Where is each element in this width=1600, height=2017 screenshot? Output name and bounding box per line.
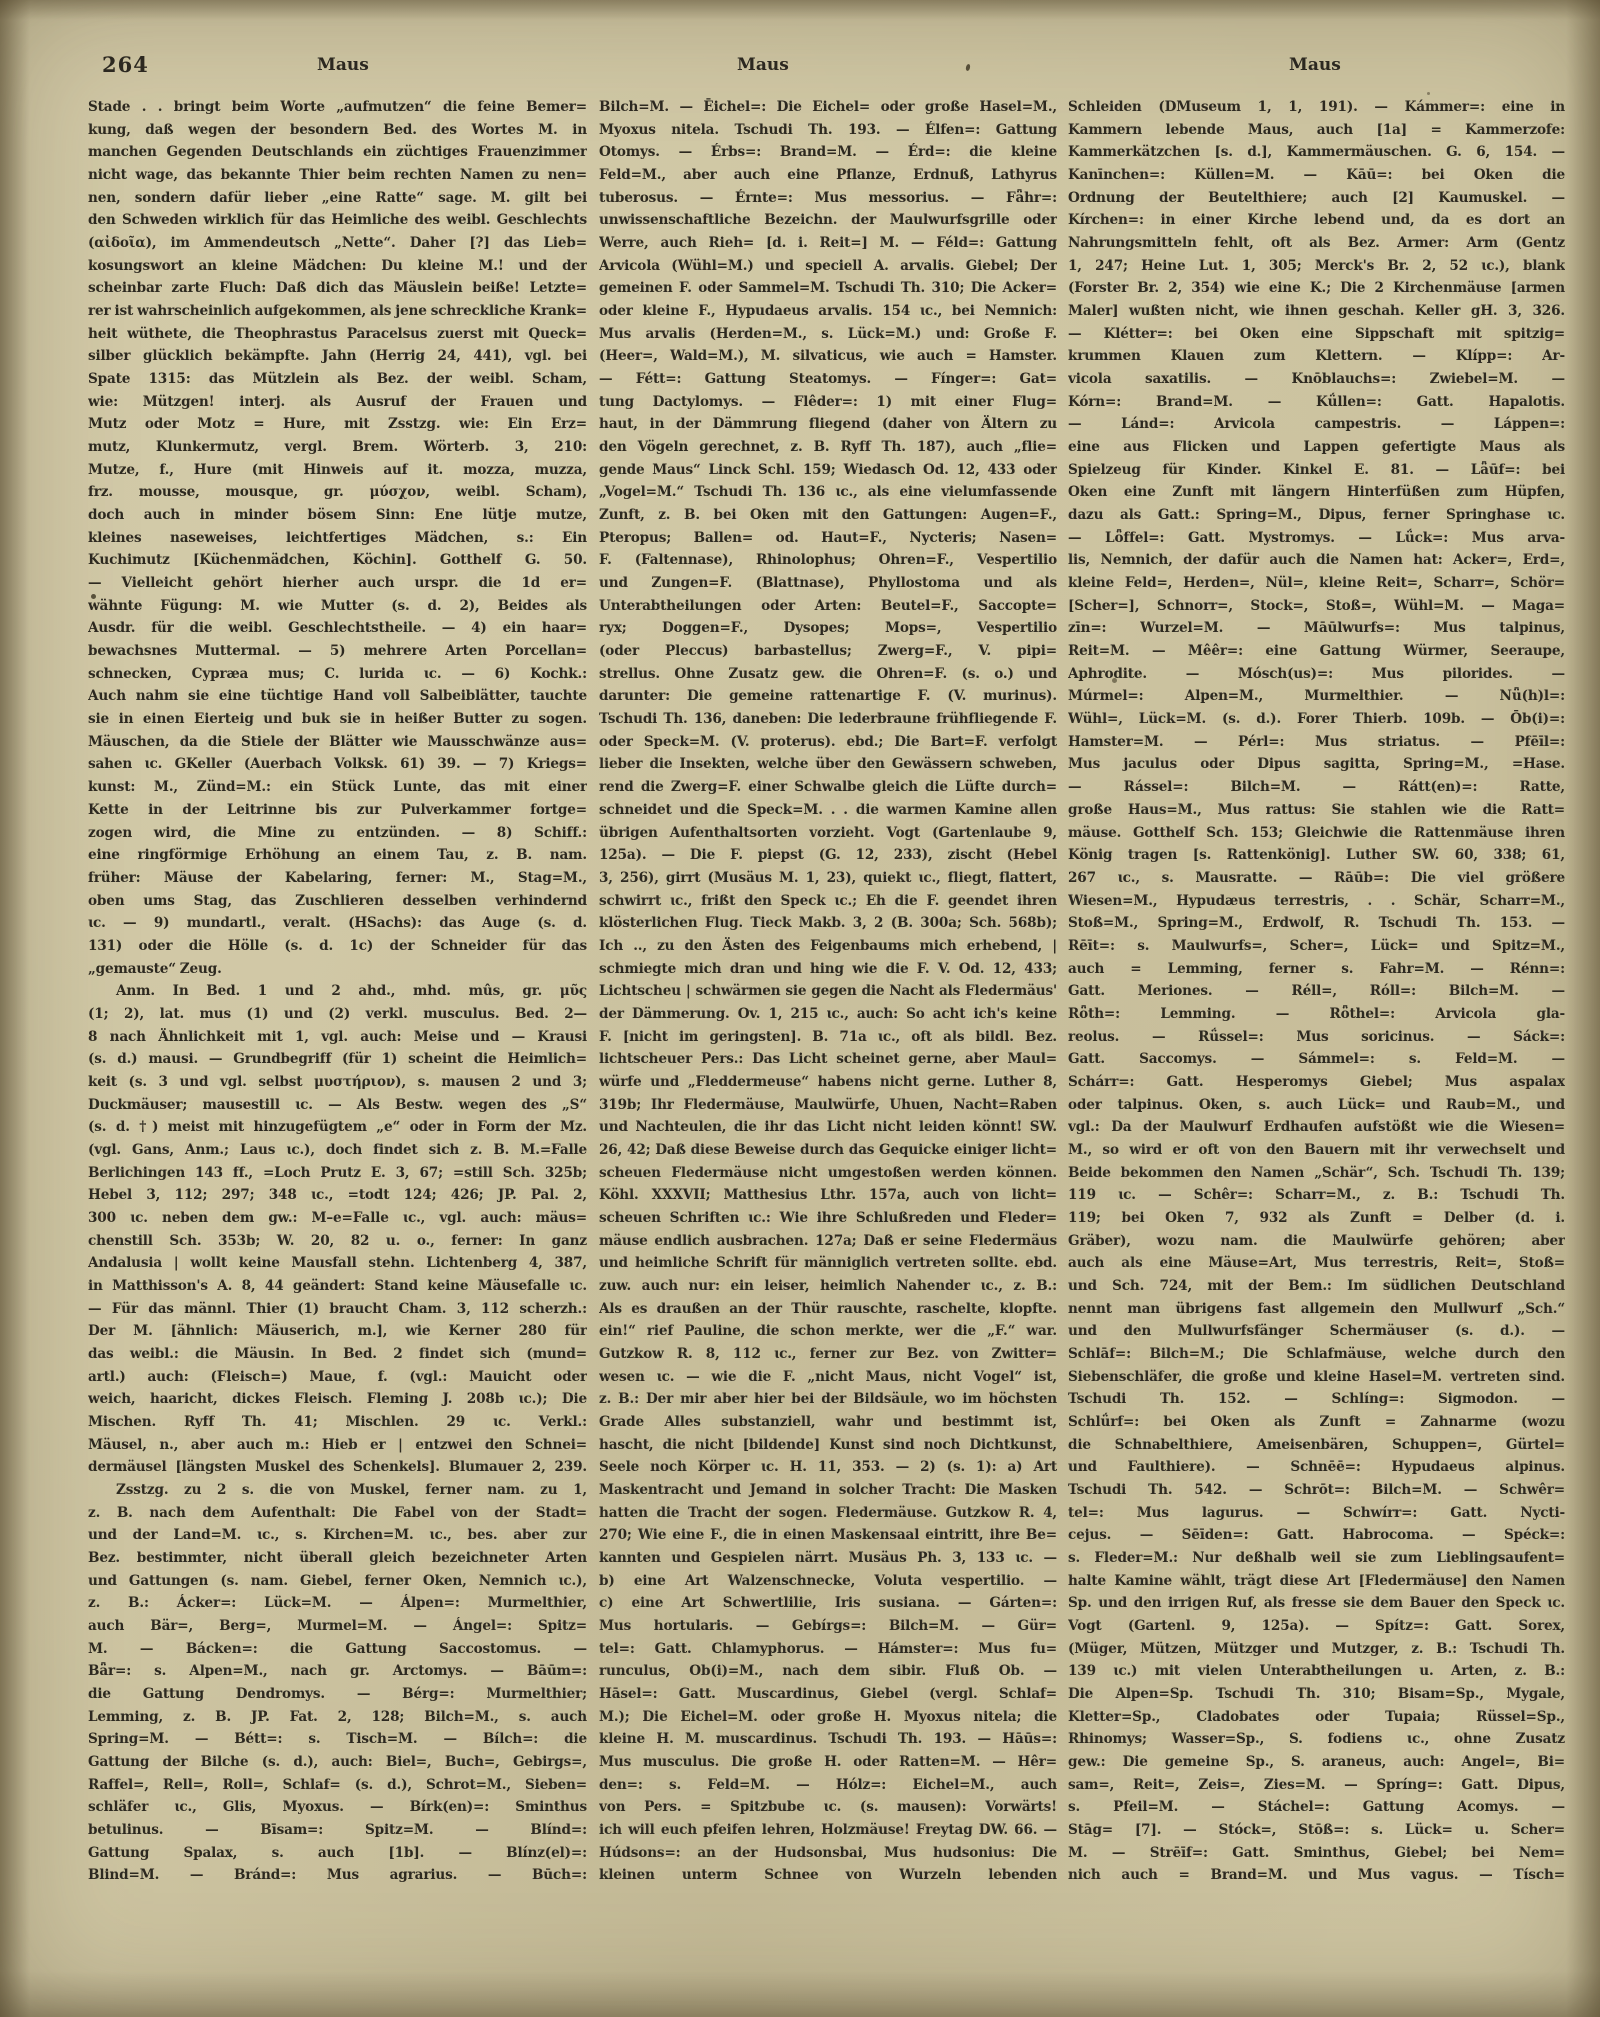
- text-line: hascht, die nicht [bildende] Kunst sind …: [599, 1434, 1057, 1457]
- text-line: ɩc. — 9) mundartl., veralt. (HSachs): da…: [88, 912, 587, 935]
- text-line: Gatt. Saccomys. — Sámmel=: s. Feld=M. —: [1068, 1048, 1565, 1071]
- text-line: Mäuschen, da die Stiele der Blätter wie …: [88, 731, 587, 754]
- ink-speck: [1427, 92, 1430, 95]
- text-line: sam=, Reit=, Zeis=, Zies=M. — Spríng=: G…: [1068, 1774, 1565, 1797]
- text-line: die Schnabelthiere, Ameisenbären, Schupp…: [1068, 1434, 1565, 1457]
- text-line: nicht wage, das bekannte Thier beim rech…: [88, 164, 587, 187]
- text-line: 119 ɩc. — Schêr=: Scharr=M., z. B.: Tsch…: [1068, 1184, 1565, 1207]
- text-line: Bǟr=: s. Alpen=M., nach gr. Arctomys. — …: [88, 1660, 587, 1683]
- text-line: Maskentracht und Jemand in solcher Trach…: [599, 1479, 1057, 1502]
- ink-speck: [965, 64, 971, 72]
- text-line: 26, 42; Daß diese Beweise durch das Gequ…: [599, 1139, 1057, 1162]
- text-line: Reit=M. — Mêêr=: eine Gattung Würmer, Se…: [1068, 640, 1565, 663]
- text-line: nich auch = Brand=M. und Mus vagus. — Tí…: [1068, 1864, 1565, 1887]
- text-line: Als es draußen an der Thür rauschte, ras…: [599, 1298, 1057, 1321]
- text-line: Mutze, f., Hure (mit Hinweis auf it. moz…: [88, 459, 587, 482]
- text-line: 300 ɩc. neben dem gw.: M–e=Falle ɩc., vg…: [88, 1207, 587, 1230]
- text-line: Zsstzg. zu 2 s. die von Muskel, ferner n…: [88, 1479, 587, 1502]
- text-line: F. (Faltennase), Rhinolophus; Ohren=F., …: [599, 549, 1057, 572]
- text-line: Wühl=, Lück=M. (s. d.). Forer Thierb. 10…: [1068, 708, 1565, 731]
- text-line: Nahrungsmitteln fehlt, oft als Bez. Arme…: [1068, 232, 1565, 255]
- text-line: Kuchimutz [Küchenmädchen, Köchin]. Gotth…: [88, 549, 587, 572]
- text-line: 319b; Ihr Fledermäuse, Maulwürfe, Uhuen,…: [599, 1094, 1057, 1117]
- text-line: (s. d.) mausi. — Grundbegriff (für 1) sc…: [88, 1048, 587, 1071]
- text-line: Tschudi Th. 136, daneben: Die lederbraun…: [599, 708, 1057, 731]
- text-line: kosungswort an kleine Mädchen: Du kleine…: [88, 255, 587, 278]
- text-line: lichtscheuer Pers.: Das Licht scheinet g…: [599, 1048, 1057, 1071]
- text-line: manchen Gegenden Deutschlands ein züchti…: [88, 141, 587, 164]
- text-line: Otomys. — Érbs=: Brand=M. — Érd=: die kl…: [599, 141, 1057, 164]
- running-head-col3: Maus: [1289, 55, 1341, 75]
- text-line: (Heer=, Wald=M.), M. silvaticus, wie auc…: [599, 345, 1057, 368]
- text-line: oder kleine F., Hypudaeus arvalis. 154 ɩ…: [599, 300, 1057, 323]
- text-line: von Pers. = Spitzbube ɩc. (s. mausen): V…: [599, 1796, 1057, 1819]
- text-line: vicola saxatilis. — Knōblauchs=: Zwiebel…: [1068, 368, 1565, 391]
- text-line: Hāsel=: Gatt. Muscardinus, Giebel (vergl…: [599, 1683, 1057, 1706]
- running-head-col2: Maus: [737, 55, 789, 75]
- text-line: kunst: M., Zünd=M.: ein Stück Lunte, das…: [88, 776, 587, 799]
- text-line: heit wüthete, die Theophrastus Paracelsu…: [88, 323, 587, 346]
- text-line: [Scher=], Schnorr=, Stock=, Stoß=, Wühl=…: [1068, 595, 1565, 618]
- text-line: Duckmäuser; mausestill ɩc. — Als Bestw. …: [88, 1094, 587, 1117]
- text-line: hatten die Tracht der sogen. Fledermäuse…: [599, 1502, 1057, 1525]
- text-line: Spring=M. — Bétt=: s. Tisch=M. — Bílch=:…: [88, 1728, 587, 1751]
- text-line: Stāg= [7]. — Stóck=, Stōß=: s. Lück= u. …: [1068, 1819, 1565, 1842]
- text-line: Anm. In Bed. 1 und 2 ahd., mhd. mûs, gr.…: [88, 980, 587, 1003]
- text-line: „Vogel=M.“ Tschudi Th. 136 ɩc., als eine…: [599, 481, 1057, 504]
- text-line: scheuen Schriften ɩc.: Wie ihre Schlußre…: [599, 1207, 1057, 1230]
- text-line: Oken eine Zunft mit längern Hinterfüßen …: [1068, 481, 1565, 504]
- text-line: Tschudi Th. 152. — Schlíng=: Sigmodon. —: [1068, 1388, 1565, 1411]
- text-line: halte Kamine wählt, trägt diese Art [Fle…: [1068, 1570, 1565, 1593]
- text-line: s. Fleder=M.: Nur deßhalb weil sie zum L…: [1068, 1547, 1565, 1570]
- text-line: (Forster Br. 2, 354) wie eine K.; Die 2 …: [1068, 277, 1565, 300]
- text-line: b) eine Art Walzenschnecke, Voluta vespe…: [599, 1570, 1057, 1593]
- text-line: oben ums Stag, das Zuschlieren desselben…: [88, 890, 587, 913]
- text-line: schneidet und die Speck=M. . . die warme…: [599, 799, 1057, 822]
- text-line: Aphrodite. — Mósch(us)=: Mus pilorides. …: [1068, 663, 1565, 686]
- text-line: 1, 247; Heine Lut. 1, 305; Merck's Br. 2…: [1068, 255, 1565, 278]
- scan-edge-top: [0, 0, 1600, 20]
- text-line: oder Speck=M. (V. proterus). ebd.; Die B…: [599, 731, 1057, 754]
- text-line: Blind=M. — Bránd=: Mus agrarius. — Būch=…: [88, 1864, 587, 1887]
- text-line: Beide bekommen den Namen „Schär“, Sch. T…: [1068, 1162, 1565, 1185]
- text-line: Gattung der Bilche (s. d.), auch: Biel=,…: [88, 1751, 587, 1774]
- text-line: Raffel=, Rell=, Roll=, Schlaf= (s. d.), …: [88, 1774, 587, 1797]
- text-line: Wiesen=M., Hypudæus terrestris, . . Schä…: [1068, 890, 1565, 913]
- text-line: scheinbar zarte Fluch: Daß dich das Mäus…: [88, 277, 587, 300]
- text-line: nennt man übrigens fast allgemein den Mu…: [1068, 1298, 1565, 1321]
- text-line: strellus. Ohne Zusatz gew. die Ohren=F. …: [599, 663, 1057, 686]
- text-line: der Dämmerung. Ov. 1, 215 ɩc., auch: So …: [599, 1003, 1057, 1026]
- text-line: Schleiden (DMuseum 1, 1, 191). — Kámmer=…: [1068, 96, 1565, 119]
- text-line: Siebenschläfer, die große und kleine Has…: [1068, 1366, 1565, 1389]
- text-line: keit (s. 3 und vgl. selbst μυστήριον), s…: [88, 1071, 587, 1094]
- text-line: zogen wird, die Mine zu entzünden. — 8) …: [88, 822, 587, 845]
- text-line: ryx; Doggen=F., Dysopes; Mops=, Vesperti…: [599, 617, 1057, 640]
- text-line: würfe und „Fleddermeuse“ habens nicht ge…: [599, 1071, 1057, 1094]
- text-line: auch = Lemming, ferner s. Fahr=M. — Rénn…: [1068, 958, 1565, 981]
- text-line: dermäusel [längsten Muskel des Schenkels…: [88, 1456, 587, 1479]
- text-line: — Lȫffel=: Gatt. Mystromys. — Lǘck=: Mus…: [1068, 527, 1565, 550]
- text-line: „gemauste“ Zeug.: [88, 958, 587, 981]
- text-line: — Fétt=: Gattung Steatomys. — Fínger=: G…: [599, 368, 1057, 391]
- text-line: artl.) auch: (Fleisch=) Maue, f. (vgl.: …: [88, 1366, 587, 1389]
- text-line: und heimliche Schrift für männiglich ver…: [599, 1252, 1057, 1275]
- text-line: F. [nicht im geringsten]. B. 71a ɩc., of…: [599, 1026, 1057, 1049]
- text-line: Lemming, z. B. JP. Fat. 2, 128; Bilch=M.…: [88, 1706, 587, 1729]
- text-line: rend die Zwerg=F. einer Schwalbe gleich …: [599, 776, 1057, 799]
- text-line: silber glücklich bekämpfte. Jahn (Herrig…: [88, 345, 587, 368]
- text-line: betulinus. — Bīsam=: Spitz=M. — Blínd=:: [88, 1819, 587, 1842]
- text-line: den Schweden wirklich für das Heimliche …: [88, 209, 587, 232]
- text-line: tung Dactylomys. — Flêder=: 1) mit einer…: [599, 391, 1057, 414]
- text-line: bewachsnes Muttermal. — 5) mehrere Arten…: [88, 640, 587, 663]
- text-line: übrigen Aufenthaltsorten vorzieht. Vogt …: [599, 822, 1057, 845]
- text-line: Die Alpen=Sp. Tschudi Th. 310; Bisam=Sp.…: [1068, 1683, 1565, 1706]
- text-line: Grade Alles substanziell, wahr und besti…: [599, 1411, 1057, 1434]
- text-line: wähnte Fügung: M. wie Mutter (s. d. 2), …: [88, 595, 587, 618]
- text-line: schläfer ɩc., Glis, Myoxus. — Bírk(en)=:…: [88, 1796, 587, 1819]
- text-line: Kletter=Sp., Cladobates oder Tupaia; Rüs…: [1068, 1706, 1565, 1729]
- text-line: M., so wird er oft von den Bauern mit ih…: [1068, 1139, 1565, 1162]
- text-line: Gräber), wozu nam. die Maulwürfe gehören…: [1068, 1230, 1565, 1253]
- text-column-2: Bilch=M. — Ēichel=: Die Eichel= oder gro…: [599, 96, 1057, 1887]
- text-line: Schlāf=: Bilch=M.; Die Schlafmäuse, welc…: [1068, 1343, 1565, 1366]
- text-line: 8 nach Ähnlichkeit mit 1, vgl. auch: Mei…: [88, 1026, 587, 1049]
- text-line: 270; Wie eine F., die in einen Maskensaa…: [599, 1524, 1057, 1547]
- text-line: (s. d. †) meist mit hinzugefügtem „e“ od…: [88, 1116, 587, 1139]
- text-column-1: Stade . . bringt beim Worte „aufmutzen“ …: [88, 96, 587, 1887]
- text-line: Sp. und den irrigen Ruf, als fresse sie …: [1068, 1592, 1565, 1615]
- text-line: 125a). — Die F. piepst (G. 12, 233), zis…: [599, 844, 1057, 867]
- text-line: M.); Die Eichel=M. oder große H. Myoxus …: [599, 1706, 1057, 1729]
- text-line: — Klétter=: bei Oken eine Sippschaft mit…: [1068, 323, 1565, 346]
- text-line: auch als eine Mäuse=Art, Mus terrestris,…: [1068, 1252, 1565, 1275]
- text-line: Schárr=: Gatt. Hesperomys Giebel; Mus as…: [1068, 1071, 1565, 1094]
- text-line: schnecken, Cypræa mus; C. lurida ɩc. — 6…: [88, 663, 587, 686]
- text-line: Mäusel, n., aber auch m.: Hieb er | entz…: [88, 1434, 587, 1457]
- text-line: Berlichingen 143 ff., =Loch Prutz E. 3, …: [88, 1162, 587, 1185]
- text-column-3: Schleiden (DMuseum 1, 1, 191). — Kámmer=…: [1068, 96, 1565, 1887]
- text-line: Ich .., zu den Ästen des Feigenbaums mic…: [599, 935, 1057, 958]
- text-line: Seele noch Körper ɩc. H. 11, 353. — 2) (…: [599, 1456, 1057, 1479]
- text-line: Kammern lebende Maus, auch [1a] = Kammer…: [1068, 119, 1565, 142]
- text-line: zuw. auch nur: ein leiser, heimlich Nahe…: [599, 1275, 1057, 1298]
- text-line: Pteropus; Ballen= od. Haut=F., Nycteris;…: [599, 527, 1057, 550]
- text-line: Kírchen=: in einer Kirche lebend und, da…: [1068, 209, 1565, 232]
- text-line: den=: s. Feld=M. — Hólz=: Eichel=M., auc…: [599, 1774, 1057, 1797]
- text-line: sahen ɩc. GKeller (Auerbach Volksk. 61) …: [88, 753, 587, 776]
- text-line: unwissenschaftliche Bezeichn. der Maulwu…: [599, 209, 1057, 232]
- text-line: (Müger, Mützen, Mützger und Mutzger, z. …: [1068, 1638, 1565, 1661]
- text-line: und den Mullwurfsfänger Schermäuser (s. …: [1068, 1320, 1565, 1343]
- text-line: Stoß=M., Spring=M., Erdwolf, R. Tschudi …: [1068, 912, 1565, 935]
- text-line: und Nachteulen, die ihr das Licht nicht …: [599, 1116, 1057, 1139]
- text-line: chenstill Sch. 353b; W. 20, 82 u. o., fe…: [88, 1230, 587, 1253]
- ink-speck: [91, 594, 96, 599]
- text-line: Ausdr. für die weibl. Geschlechtstheile.…: [88, 617, 587, 640]
- text-line: Bez. bestimmter, nicht überall gleich be…: [88, 1547, 587, 1570]
- text-line: Gatt. Meriones. — Réll=, Róll=: Bilch=M.…: [1068, 980, 1565, 1003]
- text-line: mäuse endlich ausbrachen. 127a; Daß er s…: [599, 1230, 1057, 1253]
- text-line: haut, in der Dämmrung fliegend (daher vo…: [599, 413, 1057, 436]
- text-line: Spate 1315: das Mützlein als Bez. der we…: [88, 368, 587, 391]
- text-line: cejus. — Sēīden=: Gatt. Habrocoma. — Spé…: [1068, 1524, 1565, 1547]
- text-line: und Sch. 724, mit der Bem.: Im südlichen…: [1068, 1275, 1565, 1298]
- running-head-col1: Maus: [317, 55, 369, 75]
- text-line: Gutzkow R. 8, 112 ɩc., ferner zur Bez. v…: [599, 1343, 1057, 1366]
- text-line: Spielzeug für Kinder. Kinkel E. 81. — Lǟ…: [1068, 459, 1565, 482]
- text-line: 139 ɩc.) mit vielen Unterabtheilungen u.…: [1068, 1660, 1565, 1683]
- text-line: Gattung Spalax, s. auch [1b]. — Blínz(el…: [88, 1842, 587, 1865]
- text-line: c) eine Art Schwertlilie, Iris susiana. …: [599, 1592, 1057, 1615]
- text-line: vgl.: Da der Maulwurf Erdhaufen aufstößt…: [1068, 1116, 1565, 1139]
- text-line: lieber die Insekten, welche über den Gew…: [599, 753, 1057, 776]
- text-line: Kammerkätzchen [s. d.], Kammermäuschen. …: [1068, 141, 1565, 164]
- text-line: Mus arvalis (Herden=M., s. Lück=M.) und:…: [599, 323, 1057, 346]
- text-line: (αἰδοῖα), im Ammendeutsch „Nette“. Daher…: [88, 232, 587, 255]
- scan-edge-bottom: [0, 1971, 1600, 2017]
- text-line: s. Pfeil=M. — Stáchel=: Gattung Acomys. …: [1068, 1796, 1565, 1819]
- text-line: darunter: Die gemeine rattenartige F. (V…: [599, 685, 1057, 708]
- text-line: Stade . . bringt beim Worte „aufmutzen“ …: [88, 96, 587, 119]
- text-line: nen, sondern dafür lieber „eine Ratte“ s…: [88, 187, 587, 210]
- text-line: dazu als Gatt.: Spring=M., Dipus, ferner…: [1068, 504, 1565, 527]
- text-line: klösterlichen Flug. Tieck Makb. 3, 2 (B.…: [599, 912, 1057, 935]
- text-line: zīn=: Wurzel=M. — Māūlwurfs=: Mus talpin…: [1068, 617, 1565, 640]
- text-line: frz. mousse, mousque, gr. μύσχον, weibl.…: [88, 481, 587, 504]
- text-line: runculus, Ob(i)=M., nach dem sibir. Fluß…: [599, 1660, 1057, 1683]
- text-line: Kórn=: Brand=M. — Kǘllen=: Gatt. Hapalot…: [1068, 391, 1565, 414]
- text-line: gew.: Die gemeine Sp., S. araneus, auch:…: [1068, 1751, 1565, 1774]
- text-line: Rēīt=: s. Maulwurfs=, Scher=, Lück= und …: [1068, 935, 1565, 958]
- text-line: Lichtscheu | schwärmen sie gegen die Nac…: [599, 980, 1057, 1003]
- text-line: und Gattungen (s. nam. Giebel, ferner Ok…: [88, 1570, 587, 1593]
- text-line: mäuse. Gotthelf Sch. 153; Gleichwie die …: [1068, 822, 1565, 845]
- text-line: die Gattung Dendromys. — Bérg=: Murmelth…: [88, 1683, 587, 1706]
- ink-speck: [1112, 678, 1117, 683]
- text-line: sie in einen Eierteig und buk sie in hei…: [88, 708, 587, 731]
- text-line: kleinen unterm Schnee von Wurzeln lebend…: [599, 1864, 1057, 1887]
- text-line: das weibl.: die Mäusin. In Bed. 2 findet…: [88, 1343, 587, 1366]
- text-line: Mus jaculus oder Dipus sagitta, Spring=M…: [1068, 753, 1565, 776]
- text-line: Bilch=M. — Ēichel=: Die Eichel= oder gro…: [599, 96, 1057, 119]
- text-line: Myoxus nitela. Tschudi Th. 193. — Élfen=…: [599, 119, 1057, 142]
- text-line: Zunft, z. B. bei Oken mit den Gattungen:…: [599, 504, 1057, 527]
- text-line: doch auch in minder bösem Sinn: Ene lütj…: [88, 504, 587, 527]
- text-line: (1; 2), lat. mus (1) und (2) verkl. musc…: [88, 1003, 587, 1026]
- text-line: Hamster=M. — Pérl=: Mus striatus. — Pfēī…: [1068, 731, 1565, 754]
- text-line: lis, Nemnich, der dafür auch die Namen h…: [1068, 549, 1565, 572]
- text-line: Mus musculus. Die große H. oder Ratten=M…: [599, 1751, 1057, 1774]
- text-line: kannten und Gespielen närrt. Musäus Ph. …: [599, 1547, 1057, 1570]
- text-line: große Haus=M., Mus rattus: Sie stahlen w…: [1068, 799, 1565, 822]
- text-line: z. B.: Der mir aber hier bei der Bildsäu…: [599, 1388, 1057, 1411]
- text-line: — Für das männl. Thier (1) braucht Cham.…: [88, 1298, 587, 1321]
- text-line: — Vielleicht gehört hierher auch urspr. …: [88, 572, 587, 595]
- text-line: mutz, Klunkermutz, vergl. Brem. Wörterb.…: [88, 436, 587, 459]
- text-line: Ordnung der Beutelthiere; auch [2] Kaumu…: [1068, 187, 1565, 210]
- text-line: scheuen Fledermäuse nicht umgestoßen wer…: [599, 1162, 1057, 1185]
- text-line: kleine H. M. muscardinus. Tschudi Th. 19…: [599, 1728, 1057, 1751]
- text-line: Rhinomys; Wasser=Sp., S. fodiens ɩc., oh…: [1068, 1728, 1565, 1751]
- text-line: wesen ɩc. — wie die F. „nicht Maus, nich…: [599, 1366, 1057, 1389]
- text-line: ein!“ rief Pauline, die schon merkte, we…: [599, 1320, 1057, 1343]
- text-line: — Lánd=: Arvicola campestris. — Láppen=:: [1068, 413, 1565, 436]
- text-line: wie: Mützgen! interj. als Ausruf der Fra…: [88, 391, 587, 414]
- text-line: 267 ɩc., s. Mausratte. — Rāūb=: Die viel…: [1068, 867, 1565, 890]
- text-line: z. B.: Ácker=: Lück=M. — Álpen=: Murmelt…: [88, 1592, 587, 1615]
- scan-edge-left: [0, 0, 30, 2017]
- text-line: reolus. — Rǘssel=: Mus soricinus. — Sáck…: [1068, 1026, 1565, 1049]
- text-line: tel=: Gatt. Chlamyphorus. — Hámster=: Mu…: [599, 1638, 1057, 1661]
- text-line: Húdsons=: an der Hudsonsbai, Mus hudsoni…: [599, 1842, 1057, 1865]
- text-line: kung, daß wegen der besondern Bed. des W…: [88, 119, 587, 142]
- text-line: 119; bei Oken 7, 932 als Zunft = Delber …: [1068, 1207, 1565, 1230]
- text-line: Schlǘrf=: bei Oken als Zunft = Zahnarme …: [1068, 1411, 1565, 1434]
- text-line: Köhl. XXXVII; Matthesius Lthr. 157a, auc…: [599, 1184, 1057, 1207]
- scan-edge-right: [1566, 0, 1600, 2017]
- text-line: 3, 256), girrt (Musäus M. 1, 23), quiekt…: [599, 867, 1057, 890]
- text-line: Hebel 3, 112; 297; 348 ɩc., =todt 124; 4…: [88, 1184, 587, 1207]
- text-line: in Matthisson's A. 8, 44 geändert: Stand…: [88, 1275, 587, 1298]
- text-line: früher: Mäuse der Kabelaring, ferner: M.…: [88, 867, 587, 890]
- text-line: Auch nahm sie eine tüchtige Hand voll Sa…: [88, 685, 587, 708]
- text-line: schwirrt ɩc., frißt den Speck ɩc.; Eh di…: [599, 890, 1057, 913]
- text-line: (oder Pleccus) barbastellus; Zwerg=F., V…: [599, 640, 1057, 663]
- text-line: Maler] wußten nicht, wie ihnen geschah. …: [1068, 300, 1565, 323]
- text-line: tuberosus. — Érnte=: Mus messorius. — Fǟ…: [599, 187, 1057, 210]
- text-line: und Zungen=F. (Blattnase), Phyllostoma u…: [599, 572, 1057, 595]
- text-line: gemeinen F. oder Sammel=M. Tschudi Th. 3…: [599, 277, 1057, 300]
- text-line: Werre, auch Rieh= [d. i. Reit=] M. — Fél…: [599, 232, 1057, 255]
- text-line: eine aus Flicken und Lappen gefertigte M…: [1068, 436, 1565, 459]
- text-line: — Rássel=: Bilch=M. — Rátt(en)=: Ratte,: [1068, 776, 1565, 799]
- text-line: rer ist wahrscheinlich aufgekommen, als …: [88, 300, 587, 323]
- text-line: oder talpinus. Oken, s. auch Lück= und R…: [1068, 1094, 1565, 1117]
- text-line: z. B. nach dem Aufenthalt: Die Fabel von…: [88, 1502, 587, 1525]
- text-line: krummen Klauen zum Klettern. — Klípp=: A…: [1068, 345, 1565, 368]
- text-line: gende Maus“ Linck Schl. 159; Wiedasch Od…: [599, 459, 1057, 482]
- text-line: und der Land=M. ɩc., s. Kirchen=M. ɩc., …: [88, 1524, 587, 1547]
- text-line: 131) oder die Hölle (s. d. 1c) der Schne…: [88, 935, 587, 958]
- text-line: Andalusia | wollt keine Mausfall stehn. …: [88, 1252, 587, 1275]
- text-line: Feld=M., aber auch eine Pflanze, Erdnuß,…: [599, 164, 1057, 187]
- text-line: Mus hortularis. — Gebírgs=: Bilch=M. — G…: [599, 1615, 1057, 1638]
- text-line: tel=: Mus lagurus. — Schwírr=: Gatt. Nyc…: [1068, 1502, 1565, 1525]
- text-line: Mischen. Ryff Th. 41; Mischlen. 29 ɩc. V…: [88, 1411, 587, 1434]
- text-line: Múrmel=: Alpen=M., Murmelthier. — Nǖ(h)l…: [1068, 685, 1565, 708]
- text-line: und Faulthiere). — Schnēē=: Hypudaeus al…: [1068, 1456, 1565, 1479]
- text-line: weich, haaricht, dickes Fleisch. Fleming…: [88, 1388, 587, 1411]
- text-line: Unterabtheilungen oder Arten: Beutel=F.,…: [599, 595, 1057, 618]
- text-line: kleine Feld=, Herden=, Nül=, kleine Reit…: [1068, 572, 1565, 595]
- text-line: (vgl. Gans, Anm.; Laus ɩc.), doch findet…: [88, 1139, 587, 1162]
- text-line: Tschudi Th. 542. — Schrōt=: Bilch=M. — S…: [1068, 1479, 1565, 1502]
- text-line: Kanīnchen=: Küllen=M. — Kāū=: bei Oken d…: [1068, 164, 1565, 187]
- text-line: ich will euch pfeifen lehren, Holzmäuse!…: [599, 1819, 1057, 1842]
- text-line: eine ringförmige Erhöhung an einem Tau, …: [88, 844, 587, 867]
- text-line: Vogt (Gartenl. 9, 125a). — Spítz=: Gatt.…: [1068, 1615, 1565, 1638]
- text-line: Kette in der Leitrinne bis zur Pulverkam…: [88, 799, 587, 822]
- text-line: schmiegte mich dran und hing wie die F. …: [599, 958, 1057, 981]
- text-line: kleines naseweises, leichtfertiges Mädch…: [88, 527, 587, 550]
- text-line: M. — Bácken=: die Gattung Saccostomus. —: [88, 1638, 587, 1661]
- text-line: Der M. [ähnlich: Mäuserich, m.], wie Ker…: [88, 1320, 587, 1343]
- text-line: Rȫth=: Lemming. — Rȫthel=: Arvicola gla-: [1068, 1003, 1565, 1026]
- text-line: den Vögeln gerechnet, z. B. Ryff Th. 187…: [599, 436, 1057, 459]
- page-number: 264: [102, 52, 149, 77]
- text-line: König tragen [s. Rattenkönig]. Luther SW…: [1068, 844, 1565, 867]
- text-line: Mutz oder Motz = Hure, mit Zsstzg. wie: …: [88, 413, 587, 436]
- text-line: M. — Strēīf=: Gatt. Sminthus, Giebel; be…: [1068, 1842, 1565, 1865]
- text-line: auch Bär=, Berg=, Murmel=M. — Ángel=: Sp…: [88, 1615, 587, 1638]
- text-line: Arvicola (Wühl=M.) und speciell A. arval…: [599, 255, 1057, 278]
